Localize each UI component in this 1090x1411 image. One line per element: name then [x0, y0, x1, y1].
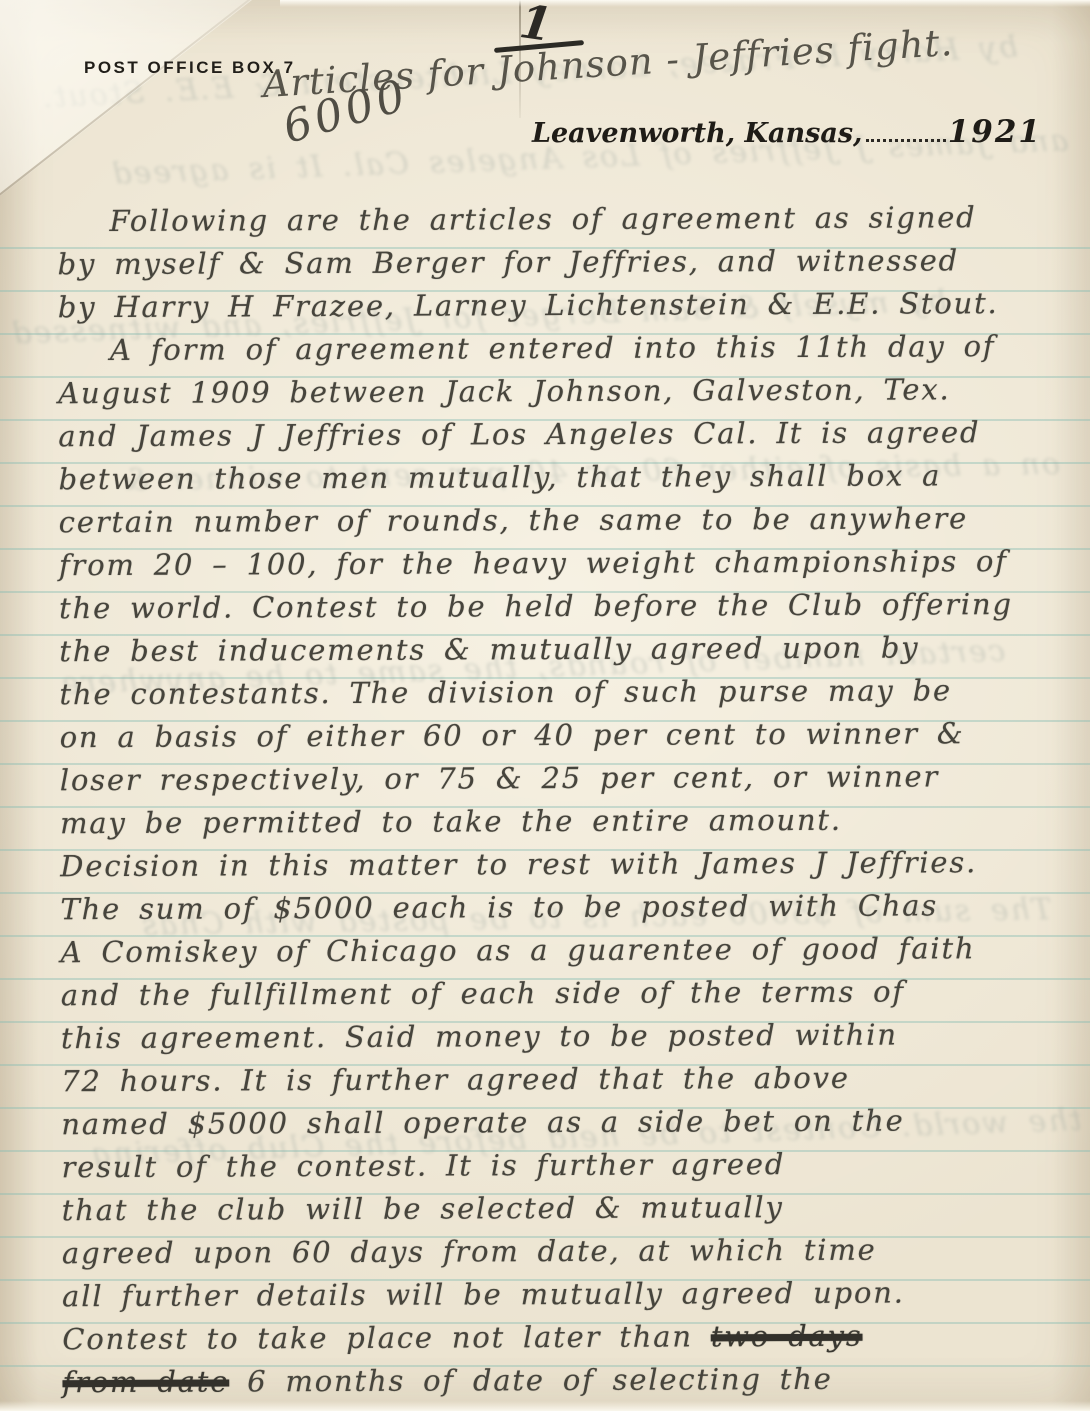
- handwriting-line: and James J Jeffries of Los Angeles Cal.…: [58, 415, 1074, 462]
- handwriting-line: from 20 – 100, for the heavy weight cham…: [59, 544, 1075, 591]
- handwriting-line: the best inducements & mutually agreed u…: [59, 630, 1075, 677]
- handwriting-line: loser respectively, or 75 & 25 per cent,…: [60, 759, 1076, 806]
- struck-text: two days: [711, 1319, 863, 1354]
- handwriting-line: agreed upon 60 days from date, at which …: [62, 1232, 1078, 1279]
- handwriting-line: all further details will be mutually agr…: [62, 1275, 1078, 1322]
- handwriting-line: 72 hours. It is further agreed that the …: [61, 1060, 1077, 1107]
- handwriting-line: may be permitted to take the entire amou…: [60, 802, 1076, 849]
- handwriting-line: this agreement. Said money to be posted …: [61, 1017, 1077, 1064]
- handwriting-line: Contest to take place not later than two…: [62, 1318, 1078, 1365]
- fold-crease-line: [0, 0, 251, 197]
- handwriting-line: named $5000 shall operate as a side bet …: [61, 1103, 1077, 1150]
- handwriting-line: that the club will be selected & mutuall…: [62, 1189, 1078, 1236]
- corner-fold: [0, 0, 252, 196]
- handwriting-line: by myself & Sam Berger for Jeffries, and…: [58, 243, 1074, 290]
- document-page: by Harry H Frazee, Larney Lichtenstein &…: [0, 0, 1090, 1411]
- dateline-dotted-rule: [866, 138, 945, 142]
- handwriting-line: Following are the articles of agreement …: [57, 200, 1073, 247]
- handwriting-line: the contestants. The division of such pu…: [59, 673, 1075, 720]
- handwriting-line: Decision in this matter to rest with Jam…: [60, 845, 1076, 892]
- handwriting-line: The sum of $5000 each is to be posted wi…: [60, 888, 1076, 935]
- dateline: Leavenworth, Kansas, 1921: [532, 114, 1042, 150]
- handwriting-line: A form of agreement entered into this 11…: [58, 329, 1074, 376]
- dateline-year: 1921: [948, 114, 1042, 150]
- handwriting-line: by Harry H Frazee, Larney Lichtenstein &…: [58, 286, 1074, 333]
- struck-text: from date: [62, 1364, 229, 1399]
- line-text: 6 months of date of selecting the: [229, 1362, 833, 1399]
- dateline-place: Leavenworth, Kansas,: [532, 118, 862, 149]
- handwriting-line: and the fullfillment of each side of the…: [61, 974, 1077, 1021]
- handwriting-line: on a basis of either 60 or 40 per cent t…: [60, 716, 1076, 763]
- line-text: Contest to take place not later than: [62, 1319, 711, 1356]
- paper-top-edge: [280, 0, 1090, 7]
- handwriting-line: August 1909 between Jack Johnson, Galves…: [58, 372, 1074, 419]
- handwriting-line: result of the contest. It is further agr…: [62, 1146, 1078, 1193]
- handwriting-line: certain number of rounds, the same to be…: [59, 501, 1075, 548]
- handwriting-line: the world. Contest to be held before the…: [59, 587, 1075, 634]
- handwriting-line: from date 6 months of date of selecting …: [62, 1361, 1078, 1408]
- letter-body: Following are the articles of agreement …: [57, 200, 1078, 1408]
- handwriting-line: A Comiskey of Chicago as a guarentee of …: [61, 931, 1077, 978]
- handwriting-line: between those men mutually, that they sh…: [59, 458, 1075, 505]
